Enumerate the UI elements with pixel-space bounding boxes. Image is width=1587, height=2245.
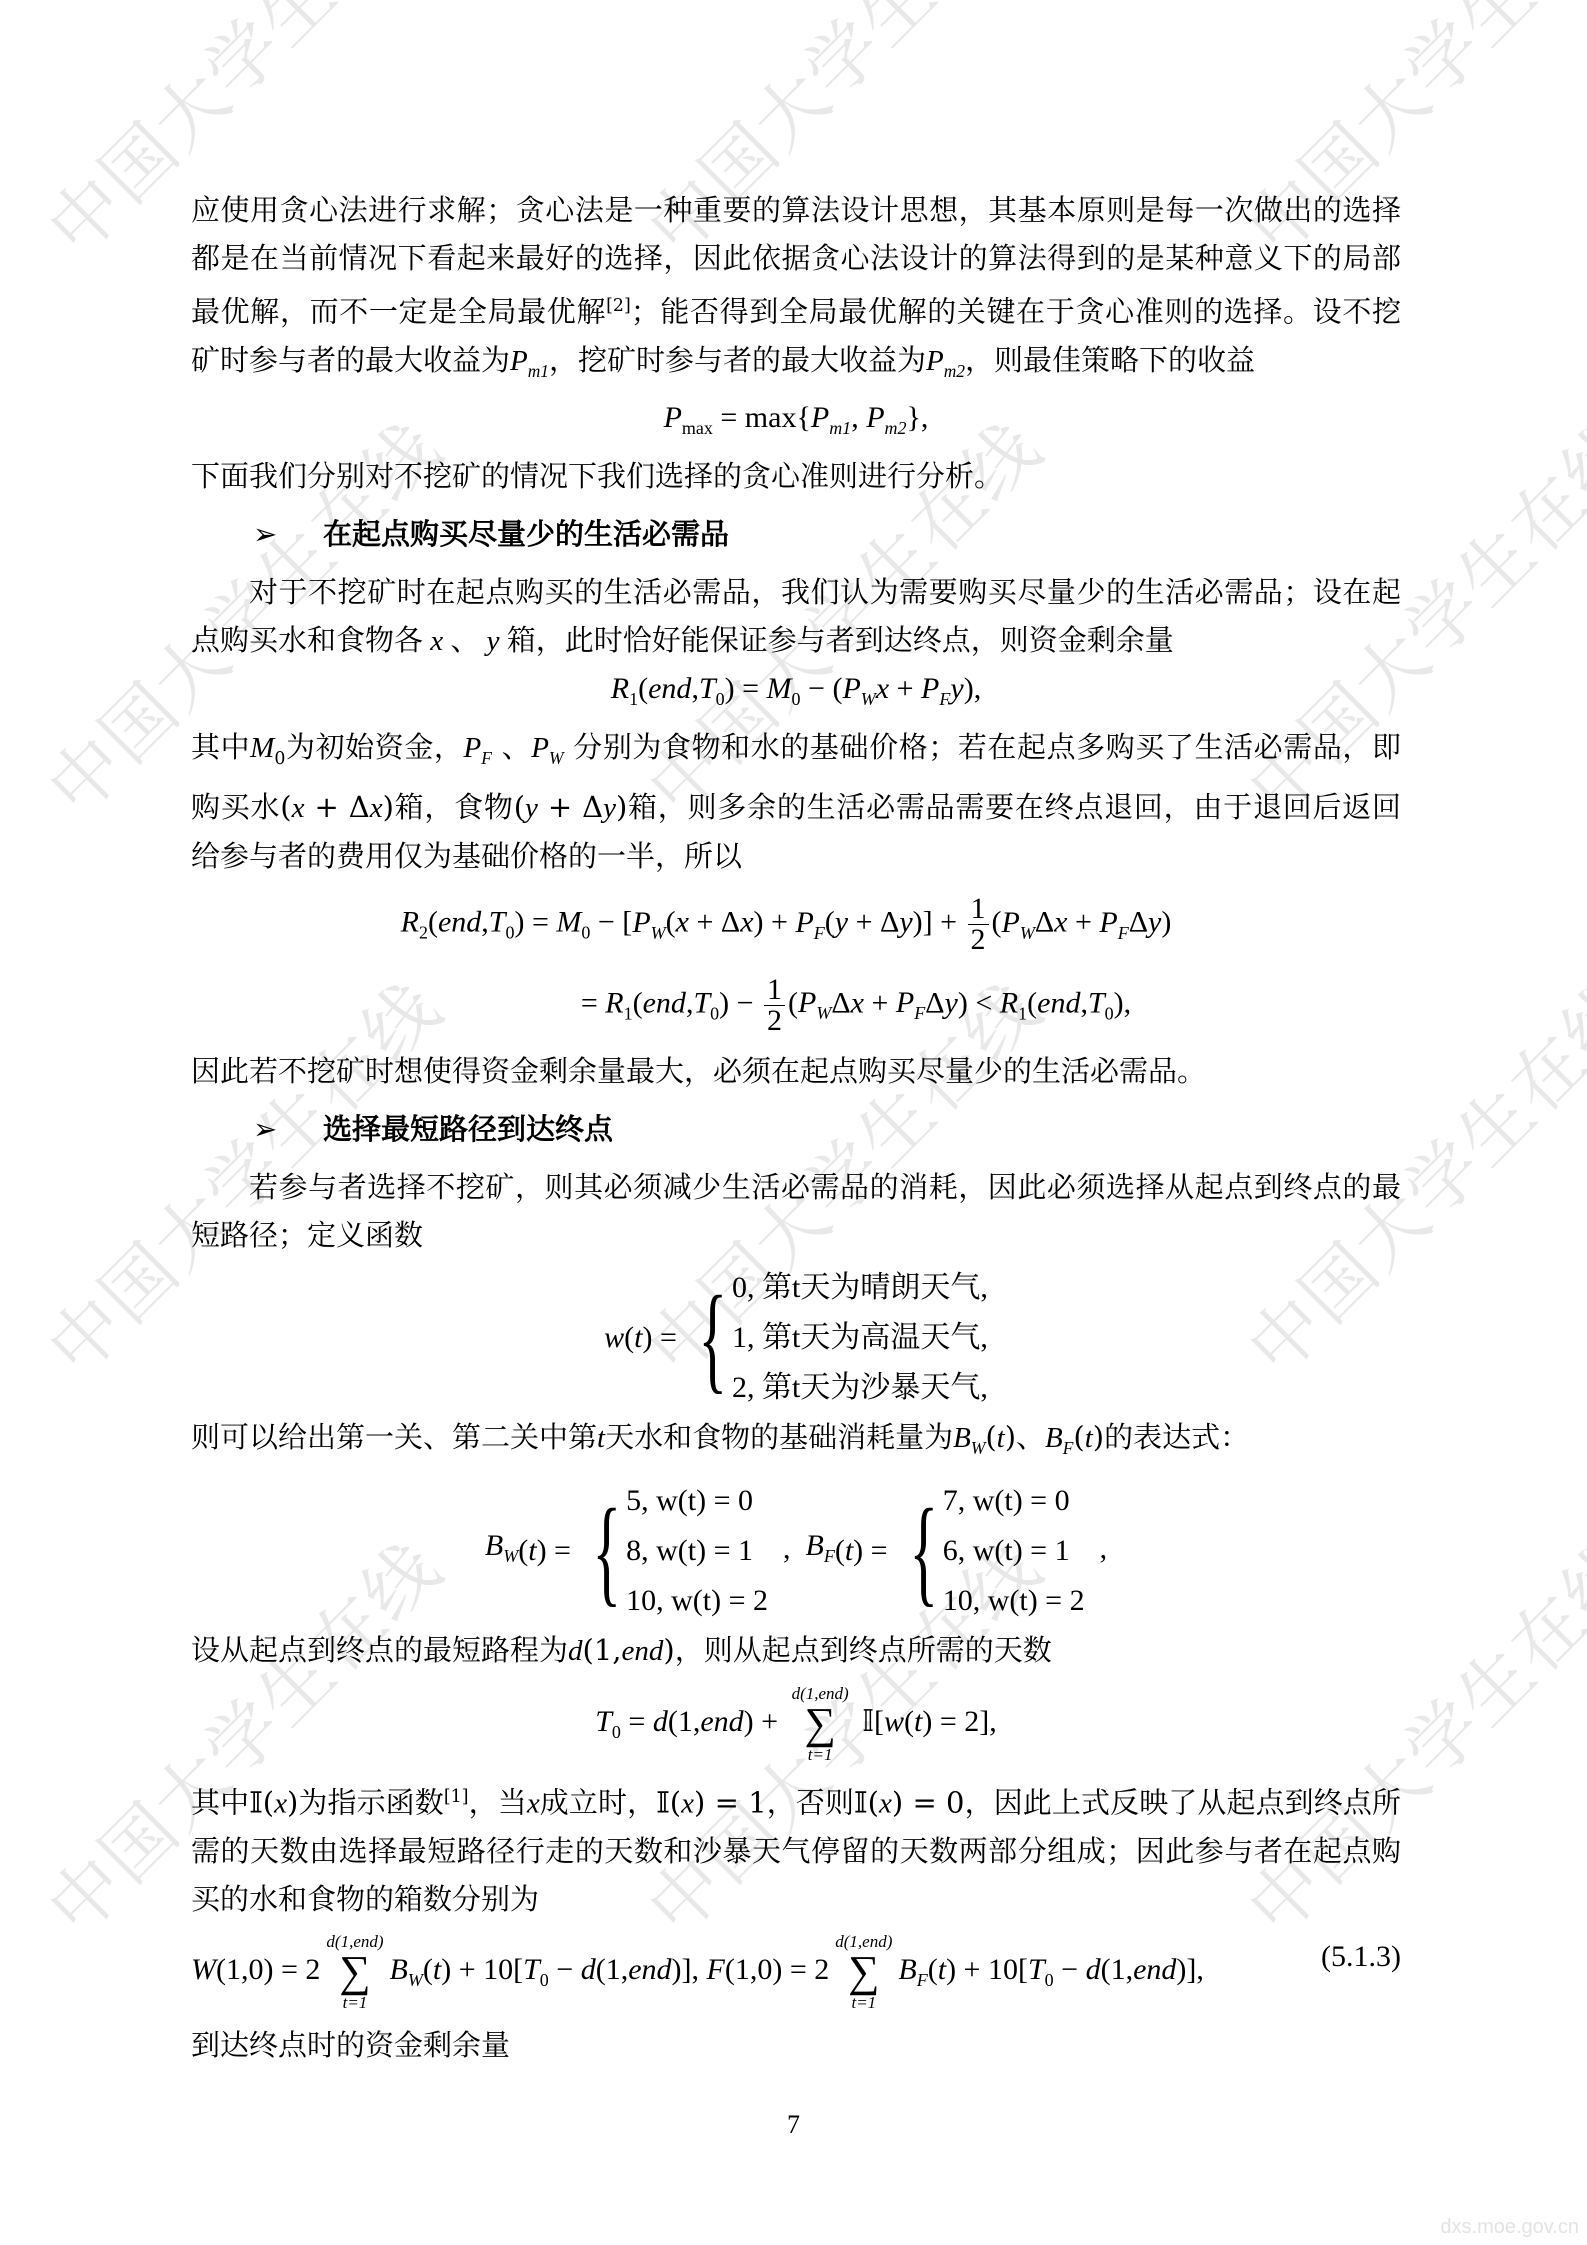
text: 箱，食物 xyxy=(394,790,514,824)
section-heading: ➢在起点购买尽量少的生活必需品 xyxy=(253,510,1401,558)
text: 其中 xyxy=(191,730,250,764)
paragraph-shortest-path: 若参与者选择不挖矿，则其必须减少生活必需品的消耗，因此必须选择从起点到终点的最短… xyxy=(191,1163,1401,1259)
heading-text: 在起点购买尽量少的生活必需品 xyxy=(323,517,729,551)
paragraph-conclusion-1: 因此若不挖矿时想使得资金剩余量最大，必须在起点购买尽量少的生活必需品。 xyxy=(191,1047,1401,1095)
document-page: 中国大学生在线 中国大学生在线 中国大学生在线 中国大学生在线 中国大学生在线 … xyxy=(0,0,1587,2245)
case-row: 2, 第t天为沙暴天气, xyxy=(732,1363,988,1413)
paragraph-days-intro: 设从起点到终点的最短路程为d(1,end)，则从起点到终点所需的天数 xyxy=(191,1626,1401,1675)
page-content: 应使用贪心法进行求解；贪心法是一种重要的算法设计思想，其基本原则是每一次做出的选… xyxy=(191,186,1401,2069)
equation-number: (5.1.3) xyxy=(1321,1933,1401,1981)
case-row: 1, 第t天为高温天气, xyxy=(732,1313,988,1363)
text: ，则从起点到终点所需的天数 xyxy=(675,1633,1052,1667)
text: 为初始资金， xyxy=(285,730,463,764)
arrow-bullet-icon: ➢ xyxy=(253,510,323,558)
equation-consumption: BW(t) = { 5, w(t) = 0 8, w(t) = 1 10, w(… xyxy=(191,1476,1401,1626)
math-inline: Pm1 xyxy=(510,345,549,377)
paragraph-buy-minimum: 对于不挖矿时在起点购买的生活必需品，我们认为需要购买尽量少的生活必需品；设在起点… xyxy=(191,568,1401,665)
heading-text: 选择最短路径到达终点 xyxy=(323,1112,613,1146)
text: ，挖矿时参与者的最大收益为 xyxy=(549,343,926,377)
case-row: 5, w(t) = 0 xyxy=(626,1476,768,1526)
equation-weather-function: w(t) = { 0, 第t天为晴朗天气, 1, 第t天为高温天气, 2, 第t… xyxy=(191,1263,1401,1413)
paragraph-remaining-funds: 到达终点时的资金剩余量 xyxy=(191,2021,1401,2069)
text: 成立时， xyxy=(540,1785,656,1819)
text: ，则最佳策略下的收益 xyxy=(965,343,1255,377)
equation-5-1-3: W(1,0) = 2d(1,end)∑t=1BW(t) + 10[T0 − d(… xyxy=(191,1933,1401,2011)
equation-r1: R1(end,T0) = M0 − (PWx + PFy), xyxy=(191,665,1401,723)
text: 天水和食物的基础消耗量为 xyxy=(605,1420,953,1454)
watermark-url: dxs.moe.gov.cn xyxy=(1440,2216,1579,2239)
case-row: 8, w(t) = 1 xyxy=(626,1526,768,1576)
arrow-bullet-icon: ➢ xyxy=(253,1105,323,1153)
paragraph-indicator: 其中𝕀(x)为指示函数[1]，当x成立时，𝕀(x) = 1，否则𝕀(x) = 0… xyxy=(191,1773,1401,1924)
equation-pmax: Pmax = max{Pm1, Pm2}, xyxy=(191,394,1401,452)
text: 其中 xyxy=(191,1785,249,1819)
case-row: 10, w(t) = 2 xyxy=(943,1576,1085,1626)
paragraph-analysis-intro: 下面我们分别对不挖矿的情况下我们选择的贪心准则进行分析。 xyxy=(191,452,1401,500)
case-row: 10, w(t) = 2 xyxy=(626,1576,768,1626)
text: 设从起点到终点的最短路程为 xyxy=(191,1633,568,1667)
text: ，否则 xyxy=(767,1785,854,1819)
text: ，当 xyxy=(469,1785,527,1819)
text: 的表达式： xyxy=(1104,1420,1249,1454)
equation-t0: T0 = d(1,end) + d(1,end)∑t=1 𝕀[w(t) = 2]… xyxy=(191,1685,1401,1763)
case-row: 0, 第t天为晴朗天气, xyxy=(732,1263,988,1313)
citation: [1] xyxy=(444,1787,469,1807)
math-inline: Pm2 xyxy=(926,345,965,377)
paragraph-greedy-intro: 应使用贪心法进行求解；贪心法是一种重要的算法设计思想，其基本原则是每一次做出的选… xyxy=(191,186,1401,394)
section-heading: ➢选择最短路径到达终点 xyxy=(253,1105,1401,1153)
equation-r2: R2(end,T0) = M0 − [PW(x + Δx) + PF(y + Δ… xyxy=(191,894,1401,1037)
case-row: 7, w(t) = 0 xyxy=(943,1476,1085,1526)
page-number: 7 xyxy=(0,2110,1587,2140)
paragraph-consumption-intro: 则可以给出第一关、第二关中第t天水和食物的基础消耗量为BW(t)、BF(t)的表… xyxy=(191,1413,1401,1472)
citation: [2] xyxy=(606,296,631,316)
text: 箱，此时恰好能保证参与者到达终点，则资金剩余量 xyxy=(507,623,1174,657)
text: 为指示函数 xyxy=(298,1785,444,1819)
case-row: 6, w(t) = 1 xyxy=(943,1526,1085,1576)
text: 则可以给出第一关、第二关中第 xyxy=(191,1420,597,1454)
paragraph-r2-intro: 其中M0为初始资金，PF 、PW 分别为食物和水的基础价格；若在起点多购买了生活… xyxy=(191,723,1401,880)
